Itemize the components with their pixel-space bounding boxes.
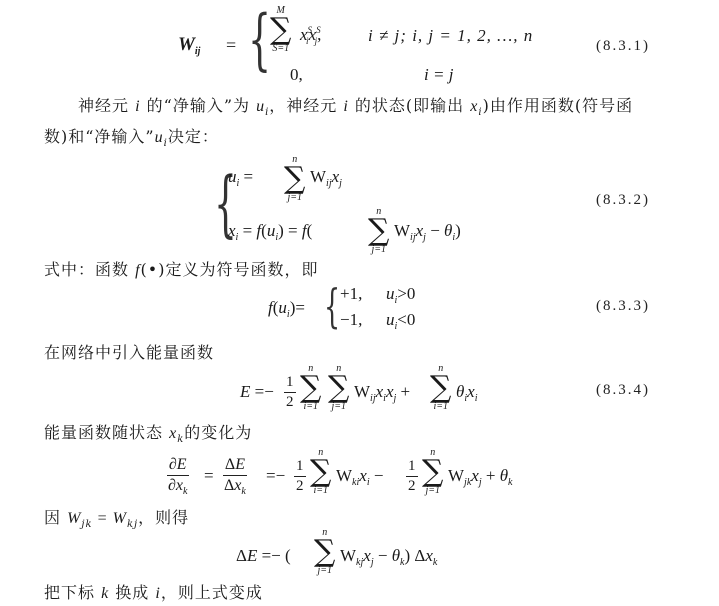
eq1-equals: = bbox=[226, 35, 236, 56]
den: 2 bbox=[284, 393, 296, 411]
equation-8-3-2: { ui = n ∑ j=1 Wijxj xi = f(ui) = f( n ∑… bbox=[214, 155, 514, 255]
sum-lower: j=1 bbox=[287, 193, 302, 203]
equals-minus: =− bbox=[266, 466, 285, 486]
sigma-icon: ∑ bbox=[270, 16, 291, 44]
text: 因 bbox=[44, 508, 67, 527]
text: )由作用函数(符号函 bbox=[483, 96, 634, 115]
sum-i: n∑i=1 bbox=[310, 448, 331, 496]
eq1-lhs-sub: ij bbox=[195, 46, 201, 57]
term-Wki: Wkixi − bbox=[336, 466, 383, 488]
eq2-line2-summation: n ∑ j=1 bbox=[368, 207, 389, 255]
math-x: x bbox=[169, 425, 177, 442]
sum-lower: i=1 bbox=[303, 402, 318, 412]
eq1-left-brace: { bbox=[248, 0, 271, 80]
text: 数)和“净输入” bbox=[44, 127, 155, 146]
sum-lower: i=1 bbox=[313, 486, 328, 496]
half: 12 bbox=[406, 458, 418, 494]
eq2-line1: ui = bbox=[228, 167, 253, 189]
equation-number-8-3-3: (8.3.3) bbox=[596, 298, 650, 315]
text: 的状态(即输出 bbox=[349, 96, 470, 115]
text: 决定： bbox=[168, 127, 219, 146]
eq4-lhs: E =− bbox=[240, 382, 274, 402]
text: ，则得 bbox=[138, 508, 189, 527]
eq2-line1-term: Wijxj bbox=[310, 167, 342, 189]
eq1-summation: M ∑ S=1 bbox=[270, 6, 291, 54]
eq4-term2: θixi bbox=[456, 382, 477, 404]
eq2-line1-summation: n ∑ j=1 bbox=[284, 155, 305, 203]
eq4-sum-j: n∑j=1 bbox=[328, 364, 349, 412]
text: 神经元 bbox=[78, 96, 135, 115]
equals: = bbox=[93, 510, 113, 527]
sum-lower: j=1 bbox=[425, 486, 440, 496]
sigma-icon: ∑ bbox=[328, 374, 349, 402]
text: ，神经元 bbox=[269, 96, 343, 115]
equation-number-8-3-2: (8.3.2) bbox=[596, 192, 650, 209]
paragraph-energy-function: 在网络中引入能量函数 bbox=[44, 340, 214, 363]
eq3-case1-condition: ui>0 bbox=[386, 284, 415, 306]
sum-j: n∑j=1 bbox=[314, 528, 335, 576]
sum-j: n∑j=1 bbox=[422, 448, 443, 496]
paragraph-symmetric-weights: 因 Wjk = Wkj，则得 bbox=[44, 505, 189, 530]
dE-dxk: ∂E∂xk bbox=[166, 456, 189, 497]
sum-lower: j=1 bbox=[317, 566, 332, 576]
paragraph-energy-change: 能量函数随状态 xk的变化为 bbox=[44, 420, 252, 445]
sum-lower: j=1 bbox=[331, 402, 346, 412]
eq3-lhs: f(ui)= bbox=[268, 298, 305, 320]
eq4-sum-i: n∑i=1 bbox=[300, 364, 321, 412]
paragraph-sign-function: 式中：函数 f(•)定义为符号函数，即 bbox=[44, 257, 318, 280]
sigma-icon: ∑ bbox=[430, 374, 451, 402]
sigma-icon: ∑ bbox=[310, 458, 331, 486]
paragraph-neuron-input-line2: 数)和“净输入”ui决定： bbox=[44, 124, 219, 149]
math-u: u bbox=[256, 98, 265, 115]
eq3-case2-condition: ui<0 bbox=[386, 310, 415, 332]
paragraph-index-substitution: 把下标 k 换成 i，则上式变成 bbox=[44, 580, 263, 603]
den: 2 bbox=[294, 477, 306, 495]
text: 换成 bbox=[109, 583, 155, 602]
math-W: W bbox=[67, 510, 81, 527]
math-k: k bbox=[101, 585, 109, 602]
equation-partial-derivative: ∂E∂xk = ΔEΔxk =− 12 n∑i=1 Wkixi − 12 n∑j… bbox=[166, 448, 566, 504]
den: 2 bbox=[406, 477, 418, 495]
eq1-case2-value: 0, bbox=[290, 65, 303, 85]
eq2-line2: xi = f(ui) = f( bbox=[228, 221, 312, 243]
sigma-icon: ∑ bbox=[300, 374, 321, 402]
text: 把下标 bbox=[44, 583, 101, 602]
math-u: u bbox=[155, 129, 164, 146]
sigma-icon: ∑ bbox=[368, 217, 389, 245]
eq2-line2-term: Wijxj − θi) bbox=[394, 221, 461, 243]
term-Wjk: Wjkxj + θk bbox=[448, 466, 513, 488]
sum-lower: j=1 bbox=[371, 245, 386, 255]
num: 1 bbox=[284, 374, 296, 393]
paragraph-neuron-input: 神经元 i 的“净输入”为 ui，神经元 i 的状态(即输出 xi)由作用函数(… bbox=[78, 93, 633, 118]
equation-8-3-3: f(ui)= { +1, ui>0 −1, ui<0 bbox=[268, 280, 468, 336]
text: ，则上式变成 bbox=[161, 583, 263, 602]
num: 1 bbox=[294, 458, 306, 477]
sigma-icon: ∑ bbox=[314, 538, 335, 566]
DeltaE-Deltaxk: ΔEΔxk bbox=[222, 456, 248, 497]
text: 能量函数随状态 bbox=[44, 423, 169, 442]
math-W: W bbox=[113, 510, 127, 527]
text: 的变化为 bbox=[184, 423, 252, 442]
deltaE-term: Wkjxj − θk) Δxk bbox=[340, 546, 437, 568]
eq1-sum-lower: S=1 bbox=[272, 44, 289, 54]
eq4-term1: Wijxixj + bbox=[354, 382, 410, 404]
sum-lower: i=1 bbox=[433, 402, 448, 412]
math-sub: jk bbox=[81, 519, 92, 530]
text: (•)定义为符号函数，即 bbox=[141, 260, 319, 279]
half: 12 bbox=[294, 458, 306, 494]
equals: = bbox=[204, 466, 214, 486]
eq1-lhs-W: W bbox=[178, 34, 195, 55]
eq1-case1-condition: i ≠ j; i, j = 1, 2, …, n bbox=[368, 26, 533, 46]
eq4-half: 12 bbox=[284, 374, 296, 410]
equation-number-8-3-1: (8.3.1) bbox=[596, 38, 650, 55]
eq3-case2-value: −1, bbox=[340, 310, 362, 330]
eq4-sum-theta: n∑i=1 bbox=[430, 364, 451, 412]
math-sub: kj bbox=[127, 519, 138, 530]
deltaE-lhs: ΔE =− ( bbox=[236, 546, 291, 566]
equation-8-3-1: Wij = { M ∑ S=1 xSixSj, i ≠ j; i, j = 1,… bbox=[178, 6, 558, 86]
num: 1 bbox=[406, 458, 418, 477]
eq3-case1-value: +1, bbox=[340, 284, 362, 304]
eq3-left-brace: { bbox=[324, 276, 340, 336]
eq1-case1-term: xSixSj, bbox=[300, 25, 321, 46]
text: 的“净输入”为 bbox=[141, 96, 257, 115]
eq1-lhs: Wij bbox=[178, 34, 200, 57]
equation-8-3-4: E =− 12 n∑i=1 n∑j=1 Wijxixj + n∑i=1 θixi bbox=[240, 364, 500, 418]
sigma-icon: ∑ bbox=[422, 458, 443, 486]
equation-delta-energy: ΔE =− ( n∑j=1 Wkjxj − θk) Δxk bbox=[236, 528, 496, 584]
sigma-icon: ∑ bbox=[284, 165, 305, 193]
text: 式中：函数 bbox=[44, 260, 135, 279]
eq1-case2-condition: i = j bbox=[424, 65, 453, 85]
equation-number-8-3-4: (8.3.4) bbox=[596, 382, 650, 399]
